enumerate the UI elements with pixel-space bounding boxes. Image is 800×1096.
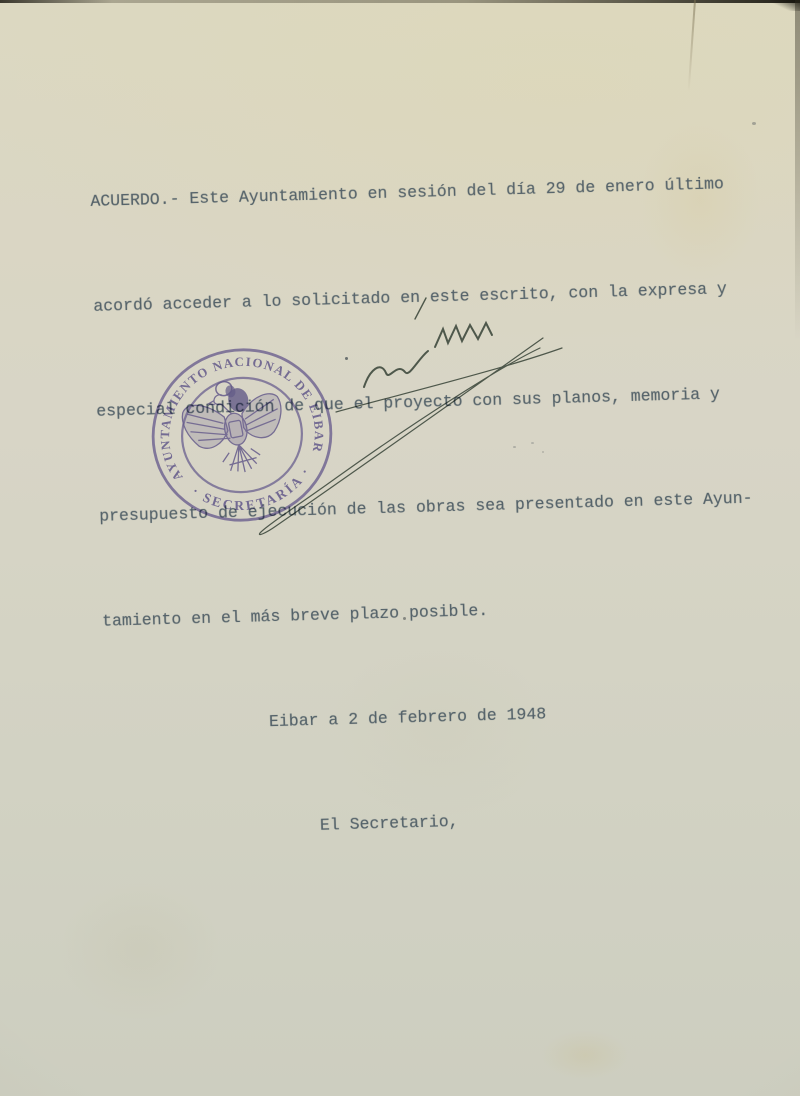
body-line: tamiento en el más breve plazo posible.: [102, 585, 783, 639]
signature-caption: El Secretario,: [319, 795, 788, 843]
signature-loops: [364, 351, 428, 387]
scanned-document-page: ACUERDO.- Este Ayuntamiento en sesión de…: [0, 0, 800, 1096]
paper-crease: [688, 0, 696, 92]
handwritten-signature: [240, 288, 580, 550]
scan-edge-right: [795, 0, 800, 340]
scan-edge-top: [0, 0, 800, 3]
dateline: Eibar a 2 de febrero de 1948: [269, 690, 786, 739]
body-line: ACUERDO.- Este Ayuntamiento en sesión de…: [90, 165, 771, 219]
signature-tick: [415, 298, 426, 319]
foxing-stain: [540, 1030, 630, 1080]
signature-zigzag: [435, 323, 492, 347]
signature-flourish-line: [336, 348, 562, 412]
